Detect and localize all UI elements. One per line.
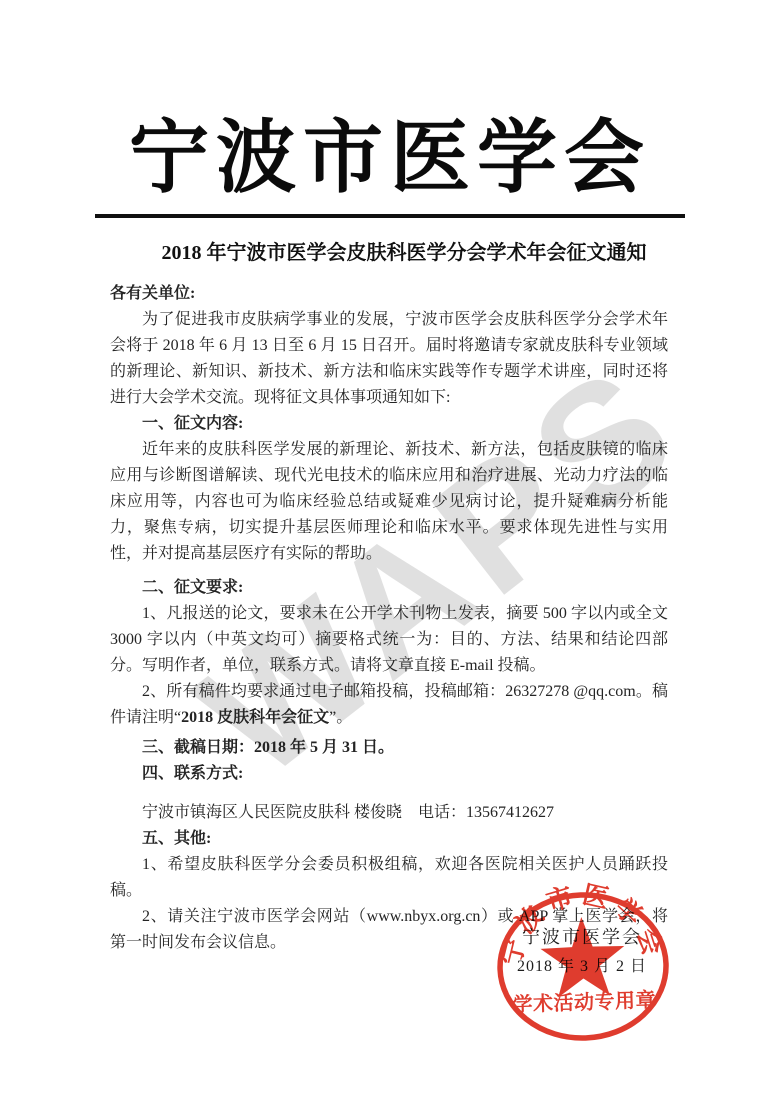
letterhead-title: 宁波市医学会 (0, 0, 780, 206)
signature-block: 宁波市医学会 2018 年 3 月 2 日 (517, 922, 647, 982)
signature-org: 宁波市医学会 (517, 922, 647, 952)
intro-paragraph: 为了促进我市皮肤病学事业的发展，宁波市医学会皮肤科医学分会学术年会将于 2018… (110, 307, 668, 411)
seal-bottom-text: 学术活动专用章 (512, 987, 656, 1016)
section3-heading-deadline: 三、截稿日期：2018 年 5 月 31 日。 (110, 735, 668, 761)
document-page: WAPS 宁波市医学会 2018 年宁波市医学会皮肤科医学分会学术年会征文通知 … (0, 0, 780, 1103)
section2-heading: 二、征文要求: (110, 575, 668, 601)
section2-item2-end: ”。 (329, 709, 352, 726)
signature-date: 2018 年 3 月 2 日 (517, 952, 647, 982)
section2-item2: 2、所有稿件均要求通过电子邮箱投稿，投稿邮箱：26327278 @qq.com。… (110, 679, 668, 731)
section5-item1: 1、希望皮肤科医学分会委员积极组稿，欢迎各医院相关医护人员踊跃投稿。 (110, 852, 668, 904)
notice-document: 宁波市医学会 2018 年宁波市医学会皮肤科医学分会学术年会征文通知 各有关单位… (0, 0, 780, 956)
notice-title: 2018 年宁波市医学会皮肤科医学分会学术年会征文通知 (0, 236, 780, 265)
section1-heading: 一、征文内容: (110, 411, 668, 437)
section2-item2-bold-note: 2018 皮肤科年会征文 (181, 709, 329, 726)
salutation: 各有关单位: (110, 281, 668, 307)
contact-line: 宁波市镇海区人民医院皮肤科 楼俊晓 电话：13567412627 (110, 800, 668, 826)
letterhead-divider (95, 214, 685, 218)
section2-item1: 1、凡报送的论文，要求未在公开学术刊物上发表，摘要 500 字以内或全文 300… (110, 601, 668, 679)
section5-heading: 五、其他: (110, 826, 668, 852)
notice-body: 各有关单位: 为了促进我市皮肤病学事业的发展，宁波市医学会皮肤科医学分会学术年会… (110, 281, 668, 956)
section1-paragraph: 近年来的皮肤科医学发展的新理论、新技术、新方法，包括皮肤镜的临床应用与诊断图谱解… (110, 437, 668, 567)
section4-heading: 四、联系方式: (110, 761, 668, 787)
